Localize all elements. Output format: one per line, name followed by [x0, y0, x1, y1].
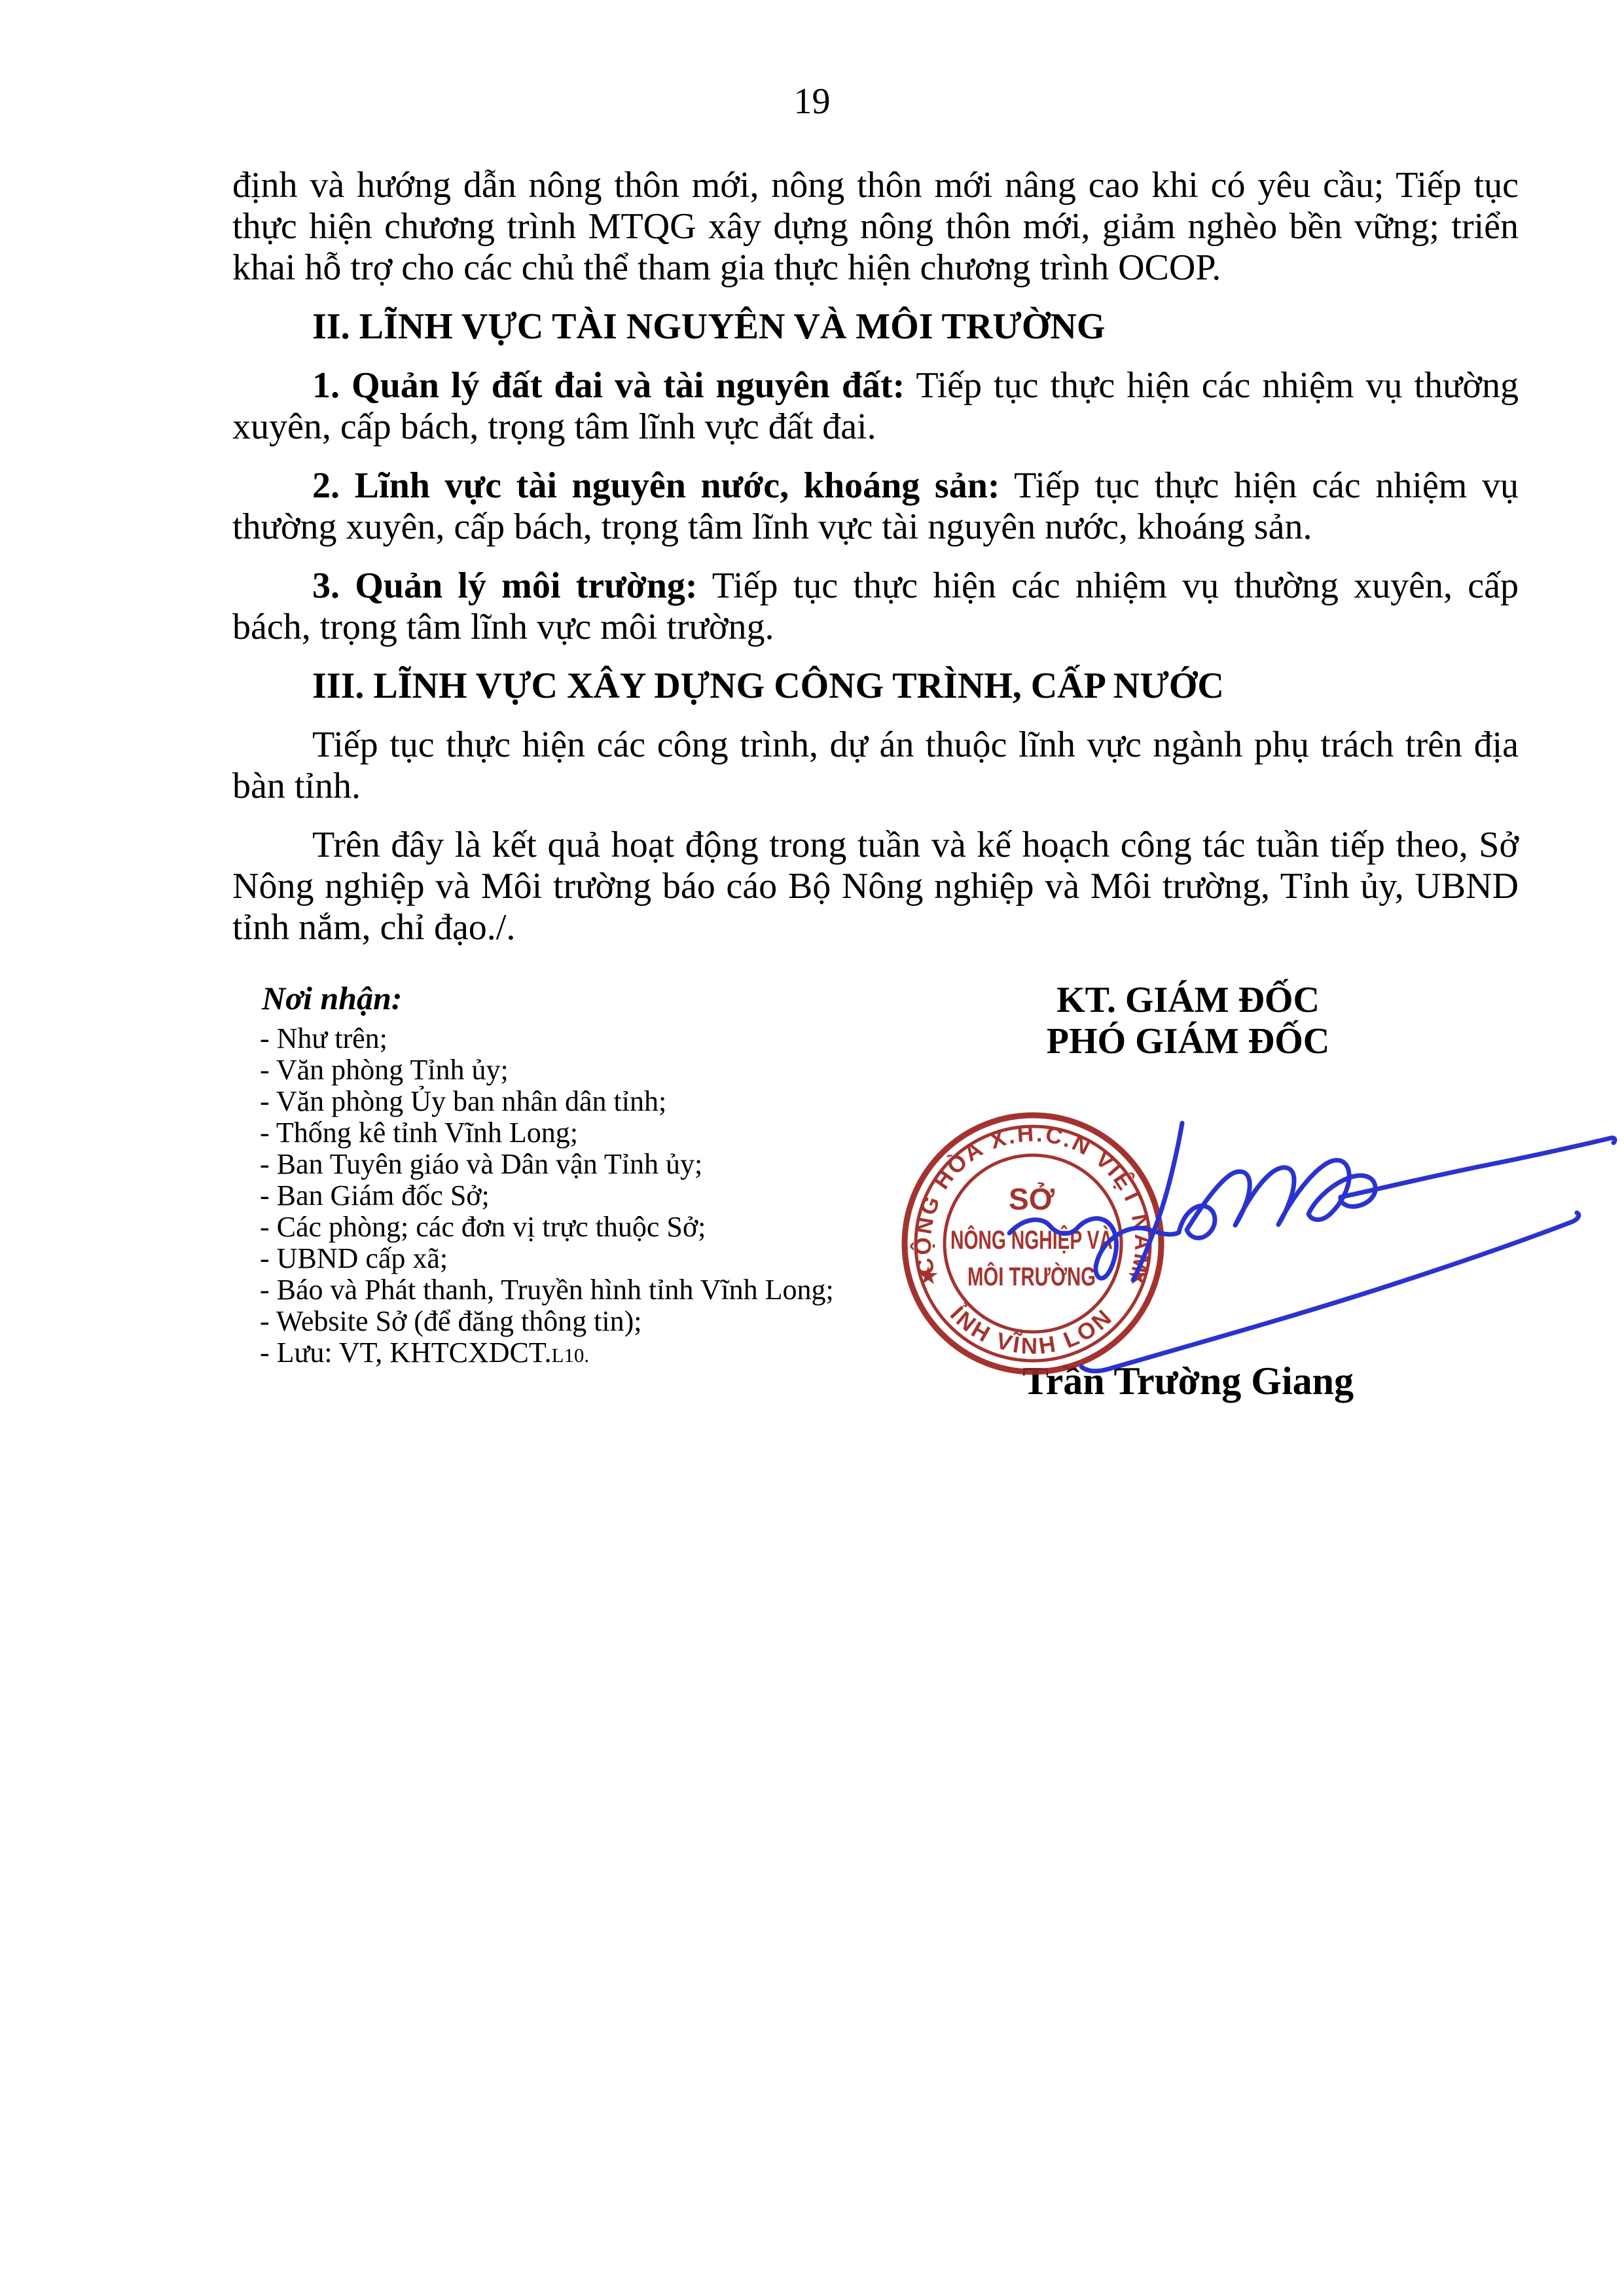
document-page: 19 định và hướng dẫn nông thôn mới, nông…	[0, 0, 1624, 2296]
heading-section-iii: III. LĨNH VỰC XÂY DỰNG CÔNG TRÌNH, CẤP N…	[312, 666, 1519, 707]
recipient-item: - Như trên;	[260, 1023, 821, 1054]
recipients-list: - Như trên; - Văn phòng Tỉnh ủy; - Văn p…	[260, 1023, 821, 1371]
recipient-item: - Ban Giám đốc Sở;	[260, 1180, 821, 1211]
paragraph-environment-label: 3. Quản lý môi trường:	[312, 565, 698, 606]
paragraph-environment: 3. Quản lý môi trường: Tiếp tục thực hiệ…	[232, 565, 1519, 648]
recipient-item: - Các phòng; các đơn vị trực thuộc Sở;	[260, 1211, 821, 1243]
recipient-item-luu: - Lưu: VT, KHTCXDCT.L10.	[260, 1337, 821, 1371]
recipients-label: Nơi nhận:	[262, 980, 821, 1016]
recipient-item: - UBND cấp xã;	[260, 1243, 821, 1274]
page-number: 19	[0, 81, 1624, 122]
recipient-item: - Ban Tuyên giáo và Dân vận Tỉnh ủy;	[260, 1149, 821, 1180]
recipient-luu-suffix: L10.	[551, 1344, 589, 1367]
paragraph-construction: Tiếp tục thực hiện các công trình, dự án…	[232, 725, 1519, 807]
recipient-luu-main: - Lưu: VT, KHTCXDCT.	[260, 1336, 551, 1369]
signature-title-line1: KT. GIÁM ĐỐC	[821, 980, 1555, 1021]
recipient-item: - Văn phòng Tỉnh ủy;	[260, 1054, 821, 1086]
recipient-item: - Báo và Phát thanh, Truyền hình tỉnh Vĩ…	[260, 1274, 821, 1306]
paragraph-water-minerals: 2. Lĩnh vực tài nguyên nước, khoáng sản:…	[232, 465, 1519, 548]
signature-main-stroke	[1009, 1138, 1615, 1278]
signature-underline-stroke	[1081, 1213, 1579, 1371]
recipient-item: - Văn phòng Ủy ban nhân dân tỉnh;	[260, 1086, 821, 1117]
paragraph-land: 1. Quản lý đất đai và tài nguyên đất: Ti…	[232, 365, 1519, 448]
recipient-item: - Website Sở (để đăng thông tin);	[260, 1306, 821, 1337]
recipients-block: Nơi nhận: - Như trên; - Văn phòng Tỉnh ủ…	[232, 980, 821, 1371]
paragraph-water-minerals-label: 2. Lĩnh vực tài nguyên nước, khoáng sản:	[312, 465, 1000, 506]
heading-section-ii: II. LĨNH VỰC TÀI NGUYÊN VÀ MÔI TRƯỜNG	[312, 306, 1519, 348]
paragraph-closing: Trên đây là kết quả hoạt động trong tuần…	[232, 825, 1519, 948]
signature-ascender-stroke	[1133, 1123, 1182, 1280]
handwritten-signature	[943, 1105, 1624, 1386]
paragraph-continuation: định và hướng dẫn nông thôn mới, nông th…	[232, 165, 1519, 289]
paragraph-land-label: 1. Quản lý đất đai và tài nguyên đất:	[312, 365, 905, 406]
seal-star-left-icon: ★	[917, 1263, 939, 1290]
recipient-item: - Thống kê tỉnh Vĩnh Long;	[260, 1117, 821, 1149]
signature-title-line2: PHÓ GIÁM ĐỐC	[821, 1021, 1555, 1062]
